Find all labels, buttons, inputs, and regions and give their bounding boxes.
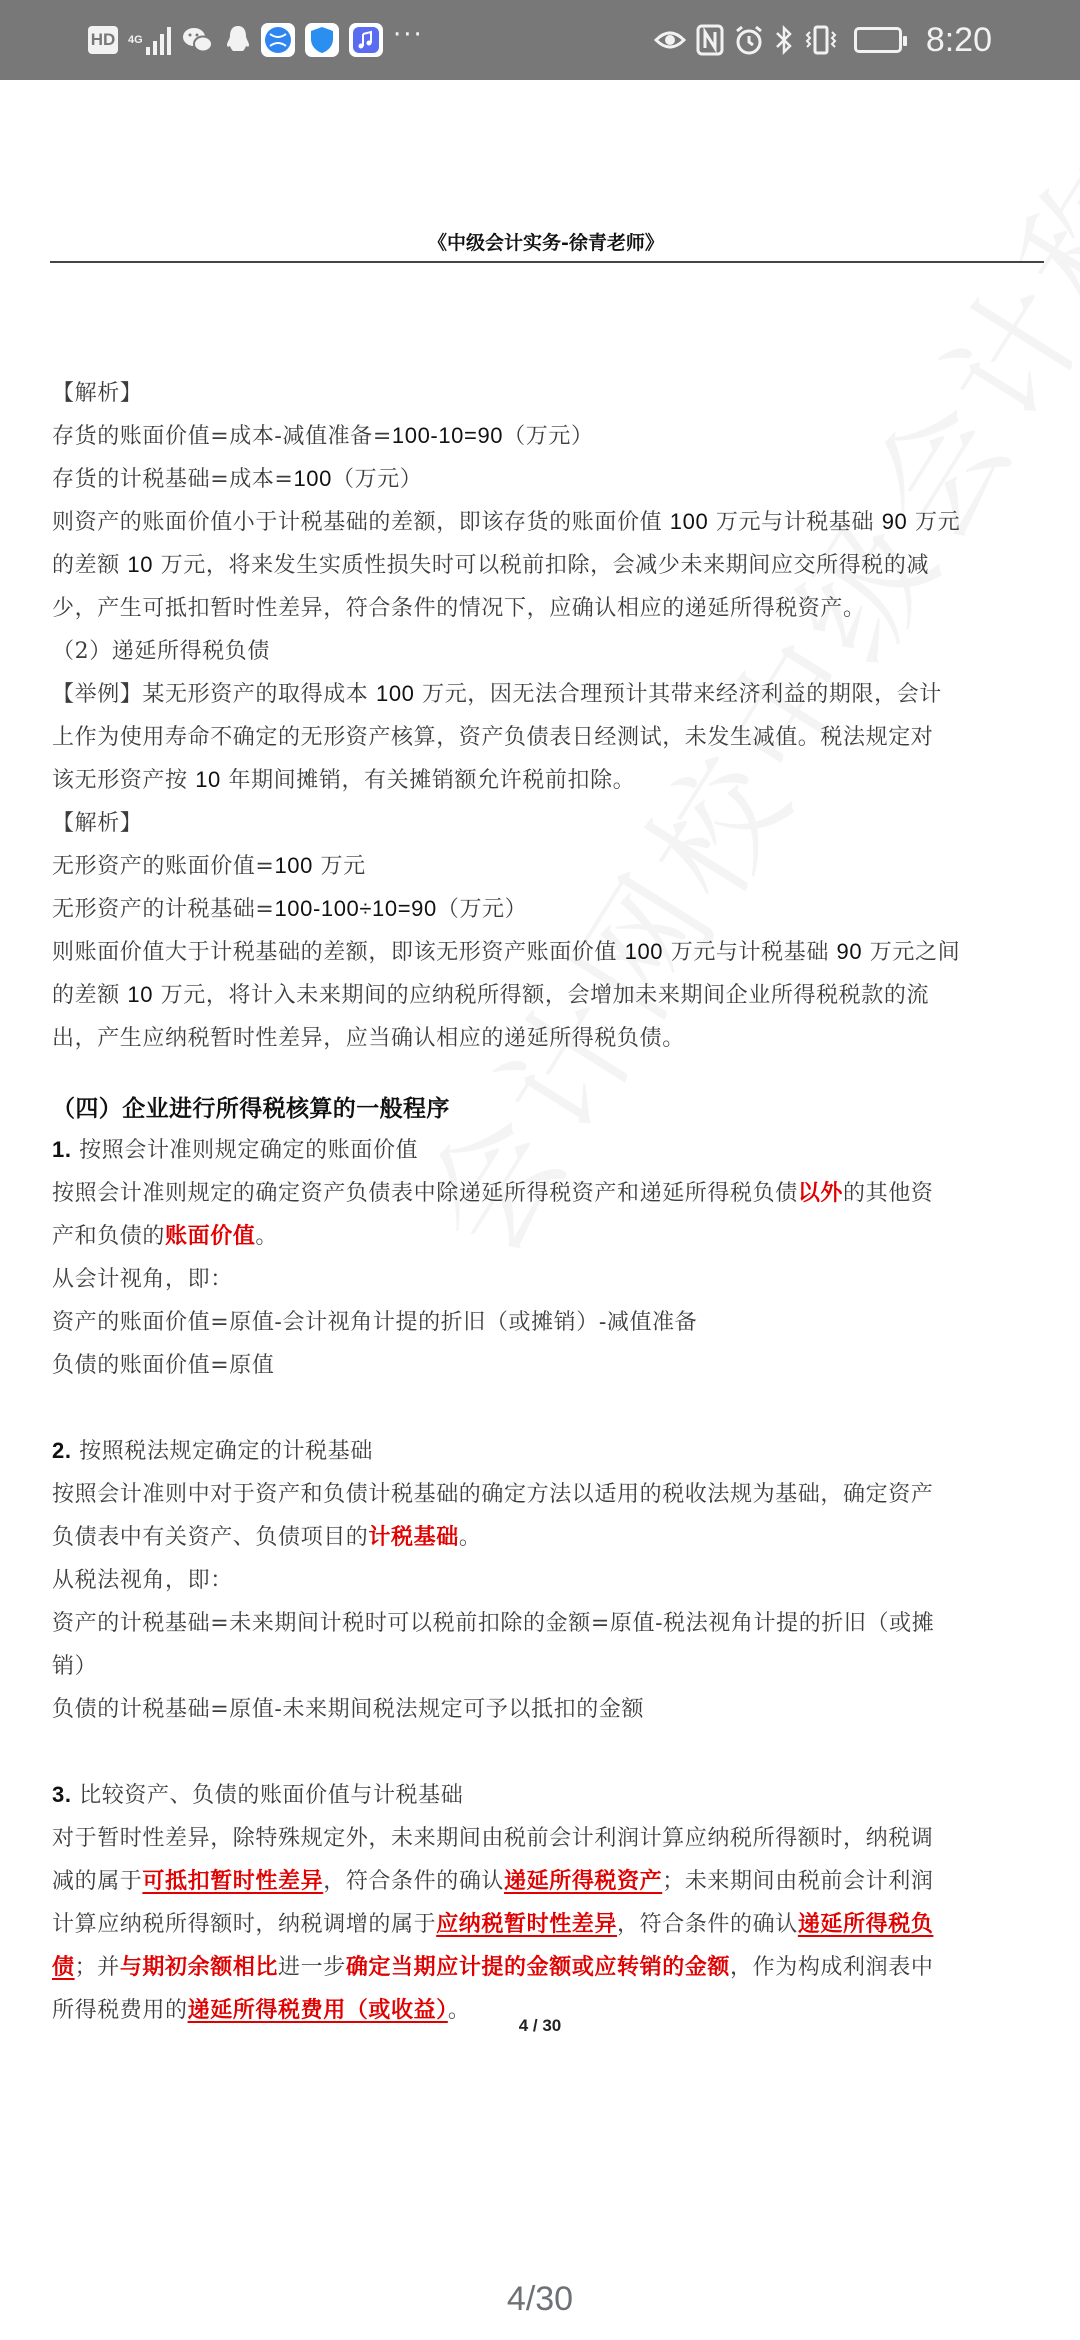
text-line: 计算应纳税所得额时，纳税调增的属于应纳税暂时性差异，符合条件的确认递延所得税负 <box>52 1907 933 1938</box>
text-line: 则资产的账面价值小于计税基础的差额，即该存货的账面价值 100 万元与计税基础 … <box>52 505 960 536</box>
text-segment: 按照会计准则规定确定的账面价值 <box>72 1138 419 1163</box>
text-segment: 无形资产的账面价值= <box>52 854 274 879</box>
text-line: 从会计视角，即： <box>52 1262 233 1293</box>
number-text: 90 <box>882 509 908 534</box>
text-line: 按照会计准则规定的确定资产负债表中除递延所得税资产和递延所得税负债以外的其他资 <box>52 1176 933 1207</box>
text-segment: 比较资产、负债的账面价值与计税基础 <box>72 1783 464 1808</box>
number-text: 100 <box>293 466 332 491</box>
text-segment: 的其他资 <box>843 1181 933 1206</box>
text-line: 销） <box>52 1649 97 1680</box>
subsection-heading: 1. 按照会计准则规定确定的账面价值 <box>52 1133 418 1164</box>
number-text: 10 <box>127 552 153 577</box>
number-text: 100 <box>274 853 313 878</box>
text-line: 存货的计税基础=成本=100（万元） <box>52 462 422 493</box>
text-segment: 万元，将来发生实质性损失时可以税前扣除，会减少未来期间应交所得税的减 <box>153 553 929 578</box>
status-bar-right: 8:20 <box>654 21 992 60</box>
number-text: 10 <box>195 767 221 792</box>
number-text: 1. <box>52 1137 72 1162</box>
document-header: 《中级会计实务-徐青老师》 <box>50 228 1042 255</box>
eye-comfort-icon <box>654 23 686 57</box>
text-line: 从税法视角，即： <box>52 1563 233 1594</box>
section-heading: （四）企业进行所得税核算的一般程序 <box>52 1090 450 1123</box>
highlighted-term: 债 <box>52 1955 75 1980</box>
subsection-heading: 2. 按照税法规定确定的计税基础 <box>52 1434 373 1465</box>
music-icon <box>349 23 383 57</box>
text-segment: （万元） <box>437 897 527 922</box>
security-shield-icon <box>305 23 339 57</box>
text-line: 该无形资产按 10 年期间摊销，有关摊销额允许税前扣除。 <box>52 763 635 794</box>
text-segment: 万元 <box>313 854 366 879</box>
status-bar: HD 4G ··· <box>0 0 1080 80</box>
text-line: 少，产生可抵扣暂时性差异，符合条件的情况下，应确认相应的递延所得税资产。 <box>52 591 866 622</box>
more-notifications-icon: ··· <box>393 23 424 57</box>
text-segment: ；未来期间由税前会计利润 <box>662 1869 933 1894</box>
text-segment: 进一步 <box>278 1955 346 1980</box>
text-segment: 。 <box>255 1224 278 1249</box>
header-divider <box>50 261 1044 263</box>
text-segment: 负债表中有关资产、负债项目的 <box>52 1525 368 1550</box>
text-segment: 万元之间 <box>862 940 960 965</box>
text-line: 的差额 10 万元，将计入未来期间的应纳税所得额，会增加未来期间企业所得税税款的… <box>52 978 929 1009</box>
battery-icon <box>854 23 902 57</box>
text-line: 债；并与期初余额相比进一步确定当期应计提的金额或应转销的金额，作为构成利润表中 <box>52 1950 933 1981</box>
nfc-icon <box>696 23 724 57</box>
number-text: 90 <box>837 939 863 964</box>
highlighted-term: 账面价值 <box>165 1224 255 1249</box>
document-page-footer: 4 / 30 <box>0 2016 1080 2036</box>
text-line: 的差额 10 万元，将来发生实质性损失时可以税前扣除，会减少未来期间应交所得税的… <box>52 548 929 579</box>
text-line: 无形资产的账面价值=100 万元 <box>52 849 366 880</box>
number-text: 100-100÷10=90 <box>274 896 436 921</box>
text-line: 存货的账面价值=成本-减值准备=100-10=90（万元） <box>52 419 594 450</box>
text-line: 资产的计税基础=未来期间计税时可以税前扣除的金额=原值-税法视角计提的折旧（或摊 <box>52 1606 934 1637</box>
text-segment: ；并 <box>75 1955 120 1980</box>
text-line: 对于暂时性差异，除特殊规定外，未来期间由税前会计利润计算应纳税所得额时，纳税调 <box>52 1821 933 1852</box>
number-text: 100 <box>670 509 709 534</box>
text-segment: 存货的账面价值=成本-减值准备= <box>52 424 392 449</box>
text-segment: 万元，将计入未来期间的应纳税所得额，会增加未来期间企业所得税税款的流 <box>153 983 929 1008</box>
text-segment: 【举例】某无形资产的取得成本 <box>52 682 376 707</box>
highlighted-term: 确定当期应计提的金额或应转销的金额 <box>346 1955 730 1980</box>
text-segment: 计算应纳税所得额时，纳税调增的属于 <box>52 1912 436 1937</box>
subsection-heading: 3. 比较资产、负债的账面价值与计税基础 <box>52 1778 463 1809</box>
clock: 8:20 <box>926 21 992 60</box>
text-line: 减的属于可抵扣暂时性差异，符合条件的确认递延所得税资产；未来期间由税前会计利润 <box>52 1864 933 1895</box>
vibrate-icon <box>804 23 838 57</box>
4g-signal-icon: 4G <box>128 23 171 57</box>
highlighted-term: 应纳税暂时性差异 <box>436 1912 617 1937</box>
highlighted-term: 递延所得税负 <box>798 1912 934 1937</box>
text-segment: 按照税法规定确定的计税基础 <box>72 1439 373 1464</box>
text-line: 资产的账面价值=原值-会计视角计提的折旧（或摊销）-减值准备 <box>52 1305 697 1336</box>
bluetooth-icon <box>774 23 794 57</box>
number-text: 100 <box>625 939 664 964</box>
text-line: 则账面价值大于计税基础的差额，即该无形资产账面价值 100 万元与计税基础 90… <box>52 935 960 966</box>
hd-icon: HD <box>88 23 118 57</box>
highlighted-term: 可抵扣暂时性差异 <box>142 1869 323 1894</box>
number-text: 100-10=90 <box>392 423 503 448</box>
text-segment: 无形资产的计税基础= <box>52 897 274 922</box>
text-segment: 减的属于 <box>52 1869 142 1894</box>
text-line: 按照会计准则中对于资产和负债计税基础的确定方法以适用的税收法规为基础，确定资产 <box>52 1477 933 1508</box>
text-segment: 产和负债的 <box>52 1224 165 1249</box>
highlighted-term: 递延所得税资产 <box>504 1869 662 1894</box>
text-segment: 。 <box>459 1525 482 1550</box>
text-segment: ，符合条件的确认 <box>617 1912 798 1937</box>
text-line: 产和负债的账面价值。 <box>52 1219 278 1250</box>
highlighted-term: 以外 <box>798 1181 843 1206</box>
text-segment: 万元与计税基础 <box>708 510 881 535</box>
text-line: 负债的账面价值=原值 <box>52 1348 274 1379</box>
text-segment: 存货的计税基础=成本= <box>52 467 293 492</box>
alarm-icon <box>734 23 764 57</box>
text-segment: 万元，因无法合理预计其带来经济利益的期限，会计 <box>415 682 942 707</box>
highlighted-term: 计税基础 <box>368 1525 458 1550</box>
text-segment: 该无形资产按 <box>52 768 195 793</box>
text-line: 【解析】 <box>52 376 142 407</box>
text-segment: （万元） <box>332 467 422 492</box>
text-line: 【解析】 <box>52 806 142 837</box>
text-line: （2）递延所得税负债 <box>52 634 270 665</box>
highlighted-term: 与期初余额相比 <box>120 1955 278 1980</box>
wechat-icon <box>181 23 215 57</box>
text-segment: 年期间摊销，有关摊销额允许税前扣除。 <box>221 768 635 793</box>
text-segment: ，符合条件的确认 <box>323 1869 504 1894</box>
text-segment: 的差额 <box>52 553 127 578</box>
text-line: 负债的计税基础=原值-未来期间税法规定可予以抵扣的金额 <box>52 1692 644 1723</box>
text-segment: 按照会计准则规定的确定资产负债表中除递延所得税资产和递延所得税负债 <box>52 1181 798 1206</box>
text-segment: 的差额 <box>52 983 127 1008</box>
text-segment: （万元） <box>503 424 593 449</box>
text-line: 负债表中有关资产、负债项目的计税基础。 <box>52 1520 481 1551</box>
qq-icon <box>225 23 251 57</box>
number-text: 3. <box>52 1782 72 1807</box>
text-line: 上作为使用寿命不确定的无形资产核算，资产负债表日经测试，未发生减值。税法规定对 <box>52 720 933 751</box>
text-line: 【举例】某无形资产的取得成本 100 万元，因无法合理预计其带来经济利益的期限，… <box>52 677 942 708</box>
text-line: 无形资产的计税基础=100-100÷10=90（万元） <box>52 892 527 923</box>
text-segment: 万元与计税基础 <box>663 940 836 965</box>
text-segment: ，作为构成利润表中 <box>730 1955 933 1980</box>
text-segment: 则资产的账面价值小于计税基础的差额，即该存货的账面价值 <box>52 510 670 535</box>
text-segment: 则账面价值大于计税基础的差额，即该无形资产账面价值 <box>52 940 625 965</box>
number-text: 10 <box>127 982 153 1007</box>
text-segment: 万元 <box>907 510 960 535</box>
number-text: 100 <box>376 681 415 706</box>
text-line: 出，产生应纳税暂时性差异，应当确认相应的递延所得税负债。 <box>52 1021 685 1052</box>
browser-icon <box>261 23 295 57</box>
page-indicator: 4/30 <box>0 2280 1080 2319</box>
status-bar-left: HD 4G ··· <box>88 23 424 57</box>
number-text: 2. <box>52 1438 72 1463</box>
